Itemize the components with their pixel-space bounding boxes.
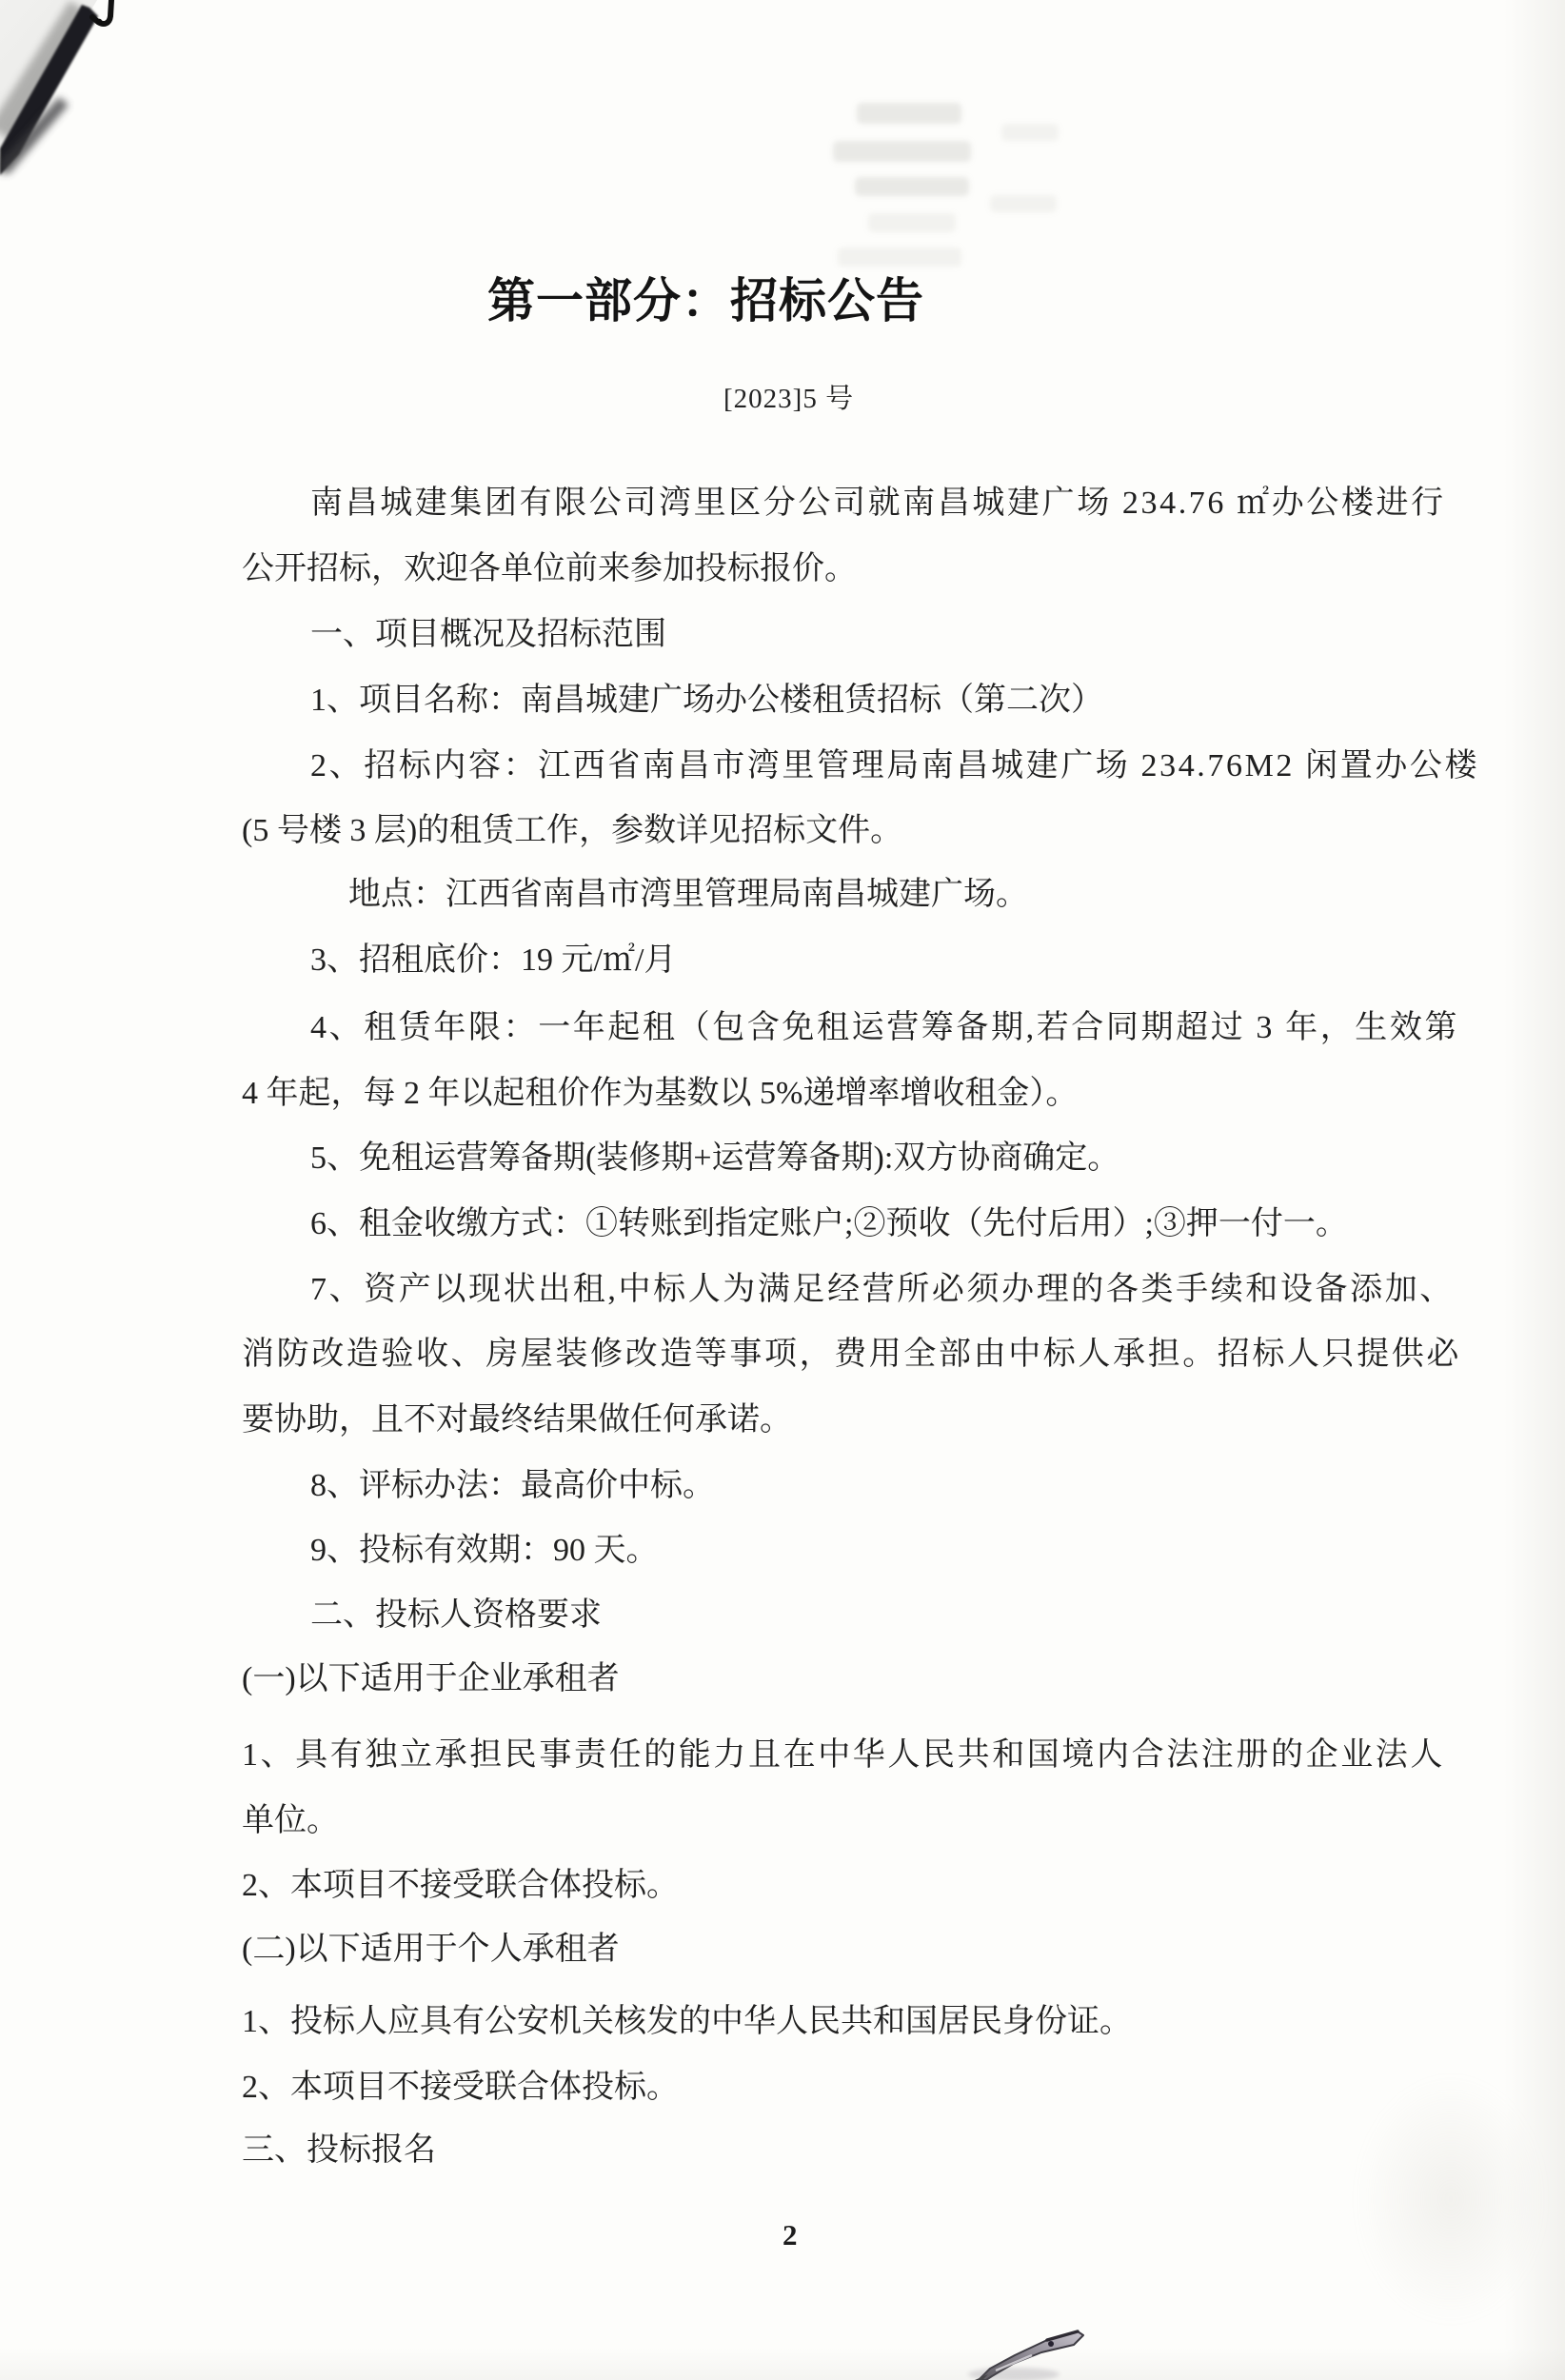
text-line: 1、投标人应具有公安机关核发的中华人民共和国居民身份证。: [242, 2000, 1132, 2044]
scan-edge-shading: [0, 2348, 1565, 2380]
text-line: 消防改造验收、房屋装修改造等事项，费用全部由中标人承担。招标人只提供必: [242, 1333, 1461, 1377]
bleed-through-smudge: [1001, 124, 1059, 141]
page-number: 2: [782, 2218, 798, 2252]
text-line: 要协助，且不对最终结果做任何承诺。: [242, 1398, 792, 1442]
text-line: (一)以下适用于企业承租者: [242, 1657, 620, 1701]
folded-corner-shape: [0, 0, 97, 160]
bleed-through-smudge: [857, 103, 961, 124]
scan-corner-mottle: [1356, 2075, 1546, 2323]
text-line: 单位。: [242, 1799, 339, 1843]
bleed-through-smudge: [868, 213, 956, 232]
text-line: (5 号楼 3 层)的租赁工作，参数详见招标文件。: [242, 809, 902, 853]
text-line: 4、租赁年限：一年起租（包含免租运营筹备期,若合同期超过 3 年，生效第: [310, 1006, 1459, 1050]
scanned-document-page: 第一部分：招标公告 [2023]5 号 南昌城建集团有限公司湾里区分公司就南昌城…: [0, 0, 1565, 2380]
page-title: 第一部分：招标公告: [487, 263, 924, 331]
text-line: 地点：江西省南昌市湾里管理局南昌城建广场。: [348, 873, 1028, 917]
text-line: 二、投标人资格要求: [310, 1594, 602, 1637]
bleed-through-smudge: [990, 195, 1057, 212]
scan-edge-shading: [1504, 0, 1565, 2380]
text-line: 南昌城建集团有限公司湾里区分公司就南昌城建广场 234.76 ㎡办公楼进行: [310, 482, 1446, 526]
text-line: 1、项目名称：南昌城建广场办公楼租赁招标（第二次）: [310, 679, 1103, 723]
text-line: (二)以下适用于个人承租者: [242, 1928, 620, 1972]
bleed-through-smudge: [855, 177, 969, 196]
dark-band: [0, 5, 98, 175]
text-line: 5、免租运营筹备期(装修期+运营筹备期):双方协商确定。: [310, 1137, 1119, 1180]
text-line: 公开招标，欢迎各单位前来参加投标报价。: [242, 547, 857, 591]
text-line: 一、项目概况及招标范围: [310, 613, 666, 657]
text-line: 8、评标办法：最高价中标。: [310, 1464, 715, 1508]
text-line: 3、招租底价：19 元/㎡/月: [310, 939, 676, 982]
text-line: 4 年起，每 2 年以起租价作为基数以 5%递增率增收租金）。: [242, 1072, 1078, 1116]
text-line: 9、投标有效期：90 天。: [310, 1529, 659, 1573]
pen-tip-body: [979, 2331, 1083, 2380]
text-line: 7、资产以现状出租,中标人为满足经营所必须办理的各类手续和设备添加、: [310, 1268, 1455, 1312]
text-line: 1、具有独立承担民事责任的能力且在中华人民共和国境内合法注册的企业法人: [242, 1734, 1445, 1777]
text-line: 2、本项目不接受联合体投标。: [242, 1864, 679, 1908]
clip-hook: [92, 0, 111, 24]
text-line: 2、本项目不接受联合体投标。: [242, 2066, 679, 2110]
page-corner-fold-artifact: [0, 0, 133, 186]
text-line: 6、租金收缴方式：①转账到指定账户;②预收（先付后用）;③押一付一。: [310, 1202, 1348, 1246]
text-line: 2、招标内容：江西省南昌市湾里管理局南昌城建广场 234.76M2 闲置办公楼: [310, 744, 1479, 788]
doc-number: [2023]5 号: [723, 377, 854, 416]
text-line: 三、投标报名: [242, 2129, 436, 2172]
bleed-through-smudge: [833, 141, 971, 162]
pen-tip-artifact: [933, 2311, 1142, 2380]
